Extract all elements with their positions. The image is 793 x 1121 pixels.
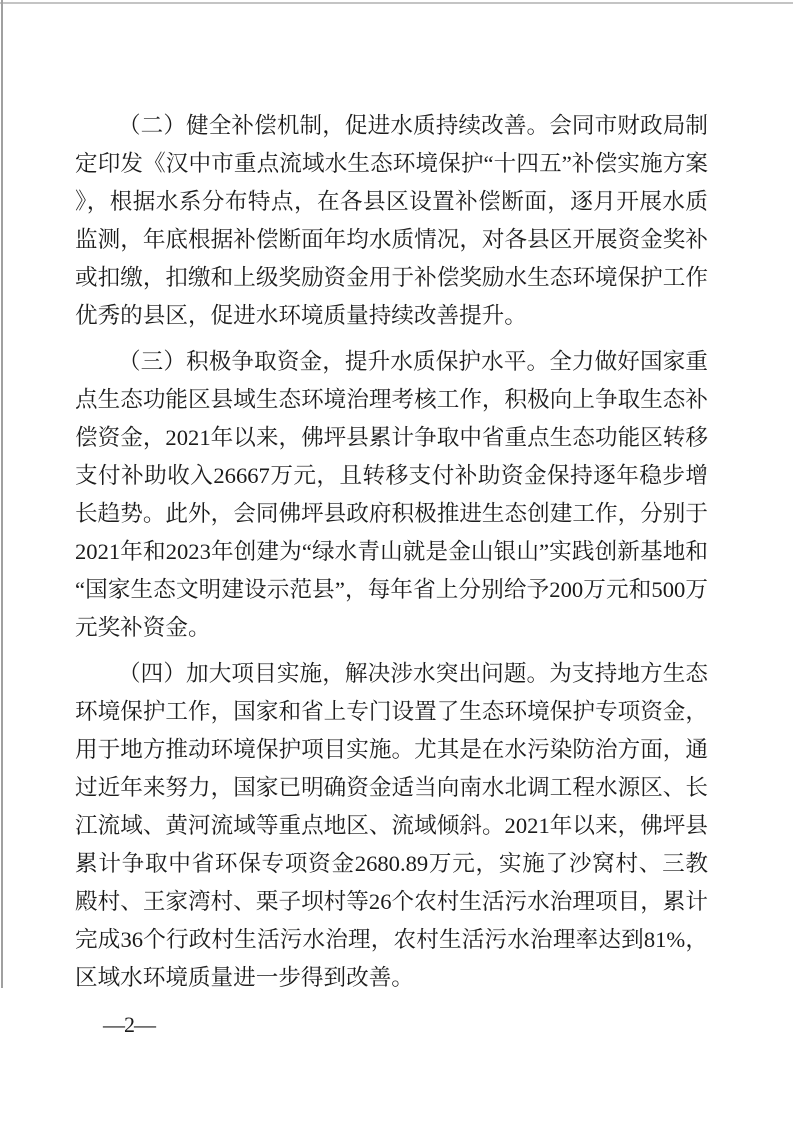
text-line: 或扣缴，扣缴和上级奖励资金用于补偿奖励水生态环境保护工作 [75,259,708,297]
text-line: 点生态功能区县域生态环境治理考核工作，积极向上争取生态补 [75,381,708,419]
document-body: （二）健全补偿机制，促进水质持续改善。会同市财政局制定印发《汉中市重点流域水生态… [75,107,708,1005]
text-line: 支付补助收入26667万元，且转移支付补助资金保持逐年稳步增 [75,457,708,495]
text-line: 定印发《汉中市重点流域水生态环境保护“十四五”补偿实施方案 [75,145,708,183]
paragraph: （四）加大项目实施，解决涉水突出问题。为支持地方生态环境保护工作，国家和省上专门… [75,655,708,997]
text-line: 用于地方推动环境保护项目实施。尤其是在水污染防治方面，通 [75,731,708,769]
text-line: 2021年和2023年创建为“绿水青山就是金山银山”实践创新基地和 [75,533,708,571]
text-line: 环境保护工作，国家和省上专门设置了生态环境保护专项资金， [75,693,708,731]
text-line: 完成36个行政村生活污水治理，农村生活污水治理率达到81%， [75,921,708,959]
scan-left-edge-line [1,0,3,988]
text-line: （二）健全补偿机制，促进水质持续改善。会同市财政局制 [75,107,708,145]
text-line: 江流域、黄河流域等重点地区、流域倾斜。2021年以来，佛坪县 [75,807,708,845]
text-line: 区域水环境质量进一步得到改善。 [75,959,708,997]
text-line: （三）积极争取资金，提升水质保护水平。全力做好国家重 [75,343,708,381]
text-line: （四）加大项目实施，解决涉水突出问题。为支持地方生态 [75,655,708,693]
page-number: —2— [103,1012,155,1038]
text-line: 偿资金，2021年以来，佛坪县累计争取中省重点生态功能区转移 [75,419,708,457]
text-line: 》，根据水系分布特点，在各县区设置补偿断面，逐月开展水质 [75,183,708,221]
text-line: “国家生态文明建设示范县”，每年省上分别给予200万元和500万 [75,571,708,609]
text-line: 优秀的县区，促进水环境质量持续改善提升。 [75,297,708,335]
text-line: 监测，年底根据补偿断面年均水质情况，对各县区开展资金奖补 [75,221,708,259]
document-page: （二）健全补偿机制，促进水质持续改善。会同市财政局制定印发《汉中市重点流域水生态… [0,0,793,1121]
text-line: 殿村、王家湾村、栗子坝村等26个农村生活污水治理项目，累计 [75,883,708,921]
text-line: 累计争取中省环保专项资金2680.89万元，实施了沙窝村、三教 [75,845,708,883]
paragraph: （三）积极争取资金，提升水质保护水平。全力做好国家重点生态功能区县域生态环境治理… [75,343,708,647]
paragraph: （二）健全补偿机制，促进水质持续改善。会同市财政局制定印发《汉中市重点流域水生态… [75,107,708,335]
scan-top-edge-line [0,2,793,4]
text-line: 过近年来努力，国家已明确资金适当向南水北调工程水源区、长 [75,769,708,807]
text-line: 元奖补资金。 [75,609,708,647]
text-line: 长趋势。此外，会同佛坪县政府积极推进生态创建工作，分别于 [75,495,708,533]
